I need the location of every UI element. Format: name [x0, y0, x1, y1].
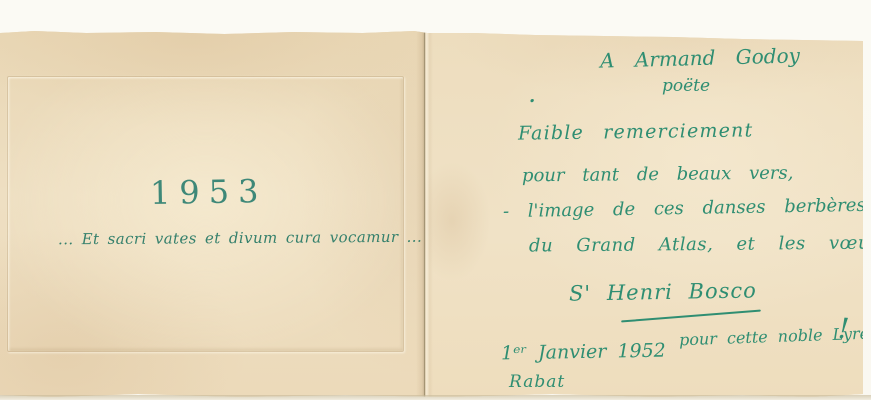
message-line-3: - l'image de ces danses berbères	[503, 196, 866, 222]
message-line-1: Faible remerciement	[518, 120, 754, 144]
postscript-exclamation: !	[837, 314, 850, 345]
signature-underline	[621, 310, 761, 323]
card-right-page: A Armand Godoy poëte . Faible remercieme…	[424, 31, 863, 397]
message-line-2: pour tant de beaux vers,	[522, 164, 794, 187]
date-line: 1ᵉʳ Janvier 1952	[501, 341, 666, 365]
latin-quote: ... Et sacri vates et divum cura vocamur…	[58, 229, 422, 248]
card-fold-crease	[416, 31, 433, 397]
dedication-title: poëte	[662, 77, 710, 96]
embossed-plate-mark	[7, 76, 404, 352]
greeting-card: 1953 ... Et sacri vates et divum cura vo…	[0, 31, 863, 397]
scanned-card-image: 1953 ... Et sacri vates et divum cura vo…	[0, 0, 871, 400]
dedication-name: A Armand Godoy	[600, 44, 800, 71]
ink-dot-mark: .	[529, 87, 535, 107]
card-left-page: 1953 ... Et sacri vates et divum cura vo…	[0, 31, 424, 397]
signature: S' Henri Bosco	[569, 279, 757, 305]
year-heading: 1953	[150, 174, 268, 211]
scan-bottom-edge	[0, 395, 871, 400]
message-line-4: du Grand Atlas, et les vœux	[529, 233, 871, 256]
place-line: Rabat	[509, 373, 565, 392]
